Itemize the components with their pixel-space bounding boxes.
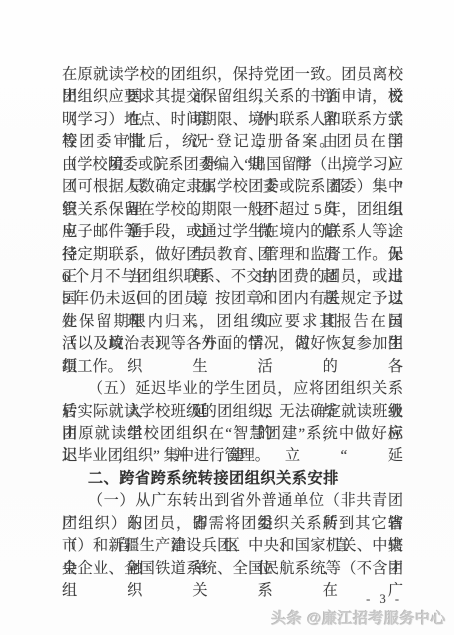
document-line: 央企业、全国铁道系统、全国民航系统等（不含团组织关系在广	[62, 558, 403, 580]
document-line: 市）和新疆生产建设兵团、中央和国家机关、中央金融单位、中	[62, 535, 403, 557]
document-line: 团组织应要求其提交保留组织关系的书面申请，说明在境外留学	[62, 86, 403, 108]
document-line: 持定期联系，做好团员教育、管理和监督工作。无正当理由超过	[62, 244, 403, 266]
toutiao-watermark: 头条 @廉江招考服务中心	[271, 607, 446, 628]
document-line: 电子邮件等手段，或通过学生在境内的联系人等途径，与团员保	[62, 221, 403, 243]
document-line: （五）延迟毕业的学生团员，应将团组织关系转入延迟毕业	[62, 378, 403, 400]
document-line: 在原就读学校的团组织，保持党团一致。团员离校出国前，学校	[62, 64, 403, 86]
document-line: （一）从广东转出到省外普通单位（非共青团广东省委所辖	[62, 490, 403, 512]
document-line: 织关系保留在学校的期限一般不超过 5 年，团组织应通过微信、	[62, 199, 403, 221]
document-line: 团组织）的团员，即需将团组织关系转到其它省（自治区、直辖	[62, 513, 403, 535]
document-line: 5 年仍未返回的团员，按团章和团内有关规定予以处理。如团员	[62, 288, 403, 310]
document-line: （可根据人数确定隶属学校团委或院系团委）集中管理。团员组	[62, 176, 403, 198]
document-line: 后实际就读学校班级的团组织；无法确定就读班级团组织的，应	[62, 401, 403, 423]
document-line: 校团委审批后，统一登记造册备案。团员在国（境）外期间，应	[62, 131, 403, 153]
section-heading: 二、跨省跨系统转接团组织关系安排	[62, 468, 403, 490]
document-line: 6 个月不与团组织联系、不交纳团费的团员，或出国（境）超过	[62, 266, 403, 288]
page-number: - 3 -	[366, 592, 402, 607]
document-line: 由原就读学校团组织在“智慧团建”系统中做好标记，并建立“延	[62, 423, 403, 445]
document-text-block: 在原就读学校的团组织，保持党团一致。团员离校出国前，学校团组织应要求其提交保留组…	[62, 64, 403, 580]
document-line: 活以及政治表现等各方面的情况，做好恢复参加团组织生活的各	[62, 333, 403, 355]
document-line: 由学校团委或院系团委编入“出国留学（出境学习）团员团支部”	[62, 154, 403, 176]
document-page: 在原就读学校的团组织，保持党团一致。团员离校出国前，学校团组织应要求其提交保留组…	[0, 0, 454, 635]
document-line: （学习）地点、时间期限、境内联系人和联系方式等情况，由学	[62, 109, 403, 131]
document-line: 在保留期限内归来，团组织应要求其报告在国（境）外学习、生	[62, 311, 403, 333]
